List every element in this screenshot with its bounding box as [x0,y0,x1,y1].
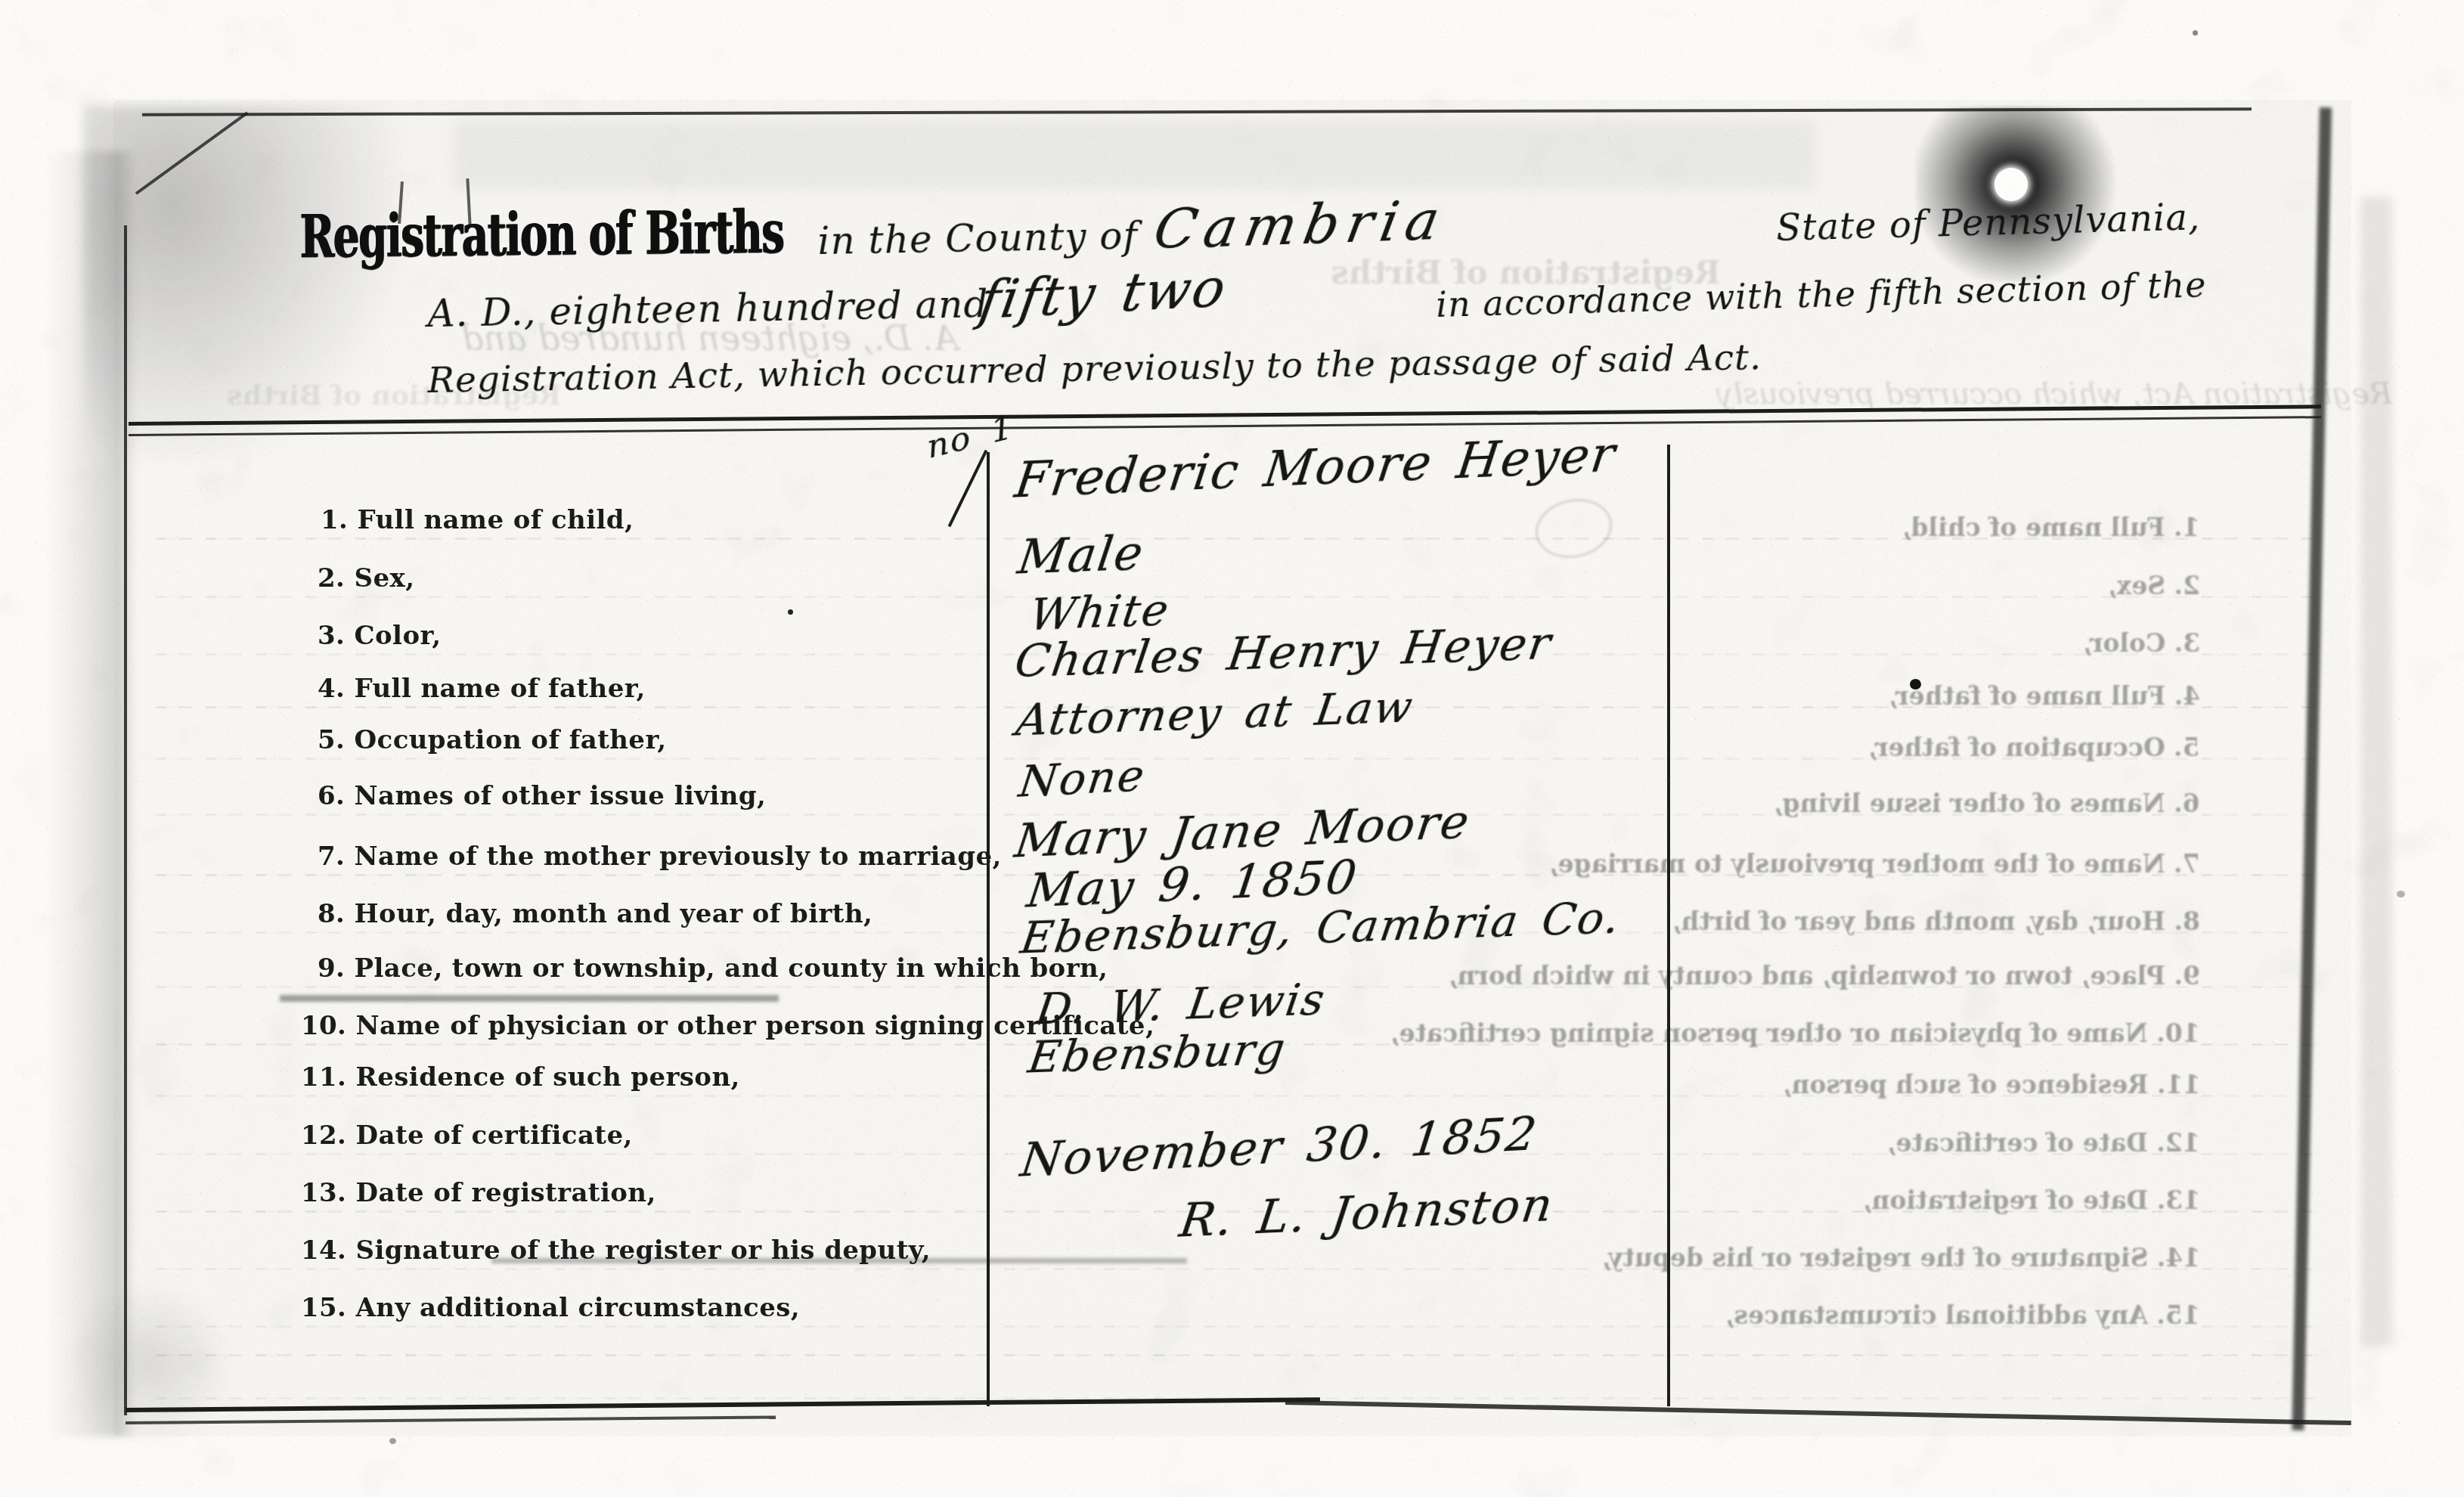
ghost-label-3: 3. Color, [2083,628,2200,658]
ghost-label-6: 6. Names of other issue living, [1774,789,2200,818]
form-label-13: 13. Date of registration, [301,1178,656,1208]
value-sex: Male [1015,525,1148,584]
form-label-11: 11. Residence of such person, [301,1062,740,1093]
ghost-label-13: 13. Date of registration, [1863,1186,2200,1215]
ghost-label-11: 11. Residence of such person, [1783,1070,2200,1099]
ghost-label-8: 8. Hour, day, month and year of birth, [1672,907,2200,936]
value-other-issue: None [1016,749,1148,807]
value-physician-residence: Ebensburg [1025,1022,1290,1083]
scanned-birth-registration-document: Registration of Births A. D., eighteen h… [0,0,2464,1497]
form-label-10: 10. Name of physician or other person si… [301,1011,1155,1041]
right-edge-streak [2360,197,2392,1346]
document-title: Registration of Births [299,198,783,271]
ghost-label-9: 9. Place, town or township, and county i… [1449,961,2200,990]
speck-2 [2397,891,2405,897]
ghost-label-4: 4. Full name of father, [1889,681,2200,711]
ghost-label-1: 1. Full name of child, [1902,513,2200,542]
form-label-15: 15. Any additional circumstances, [301,1293,800,1323]
form-label-7: 7. Name of the mother previously to marr… [318,841,1002,872]
ghost-label-12: 12. Date of certificate, [1887,1128,2200,1158]
ruling-line [156,596,2318,598]
form-label-6: 6. Names of other issue living, [318,781,766,811]
speck-1 [2193,30,2198,36]
paper-left-edge [124,225,127,1415]
column-divider-right [1667,445,1670,1406]
form-label-3: 3. Color, [318,621,442,651]
form-label-8: 8. Hour, day, month and year of birth, [318,899,872,929]
ghost-label-7: 7. Name of the mother previously to marr… [1549,849,2200,879]
ghost-label-14: 14. Signature of the register or his dep… [1602,1243,2200,1272]
form-label-14: 14. Signature of the register or his dep… [301,1235,931,1266]
ghost-label-2: 2. Sex, [2108,571,2200,600]
form-label-2: 2. Sex, [318,563,414,594]
column-divider-left [987,452,990,1406]
ghost-label-5: 5. Occupation of father, [1868,733,2200,762]
form-label-1: 1. Full name of child, [321,505,634,535]
form-label-4: 4. Full name of father, [318,674,646,704]
form-label-12: 12. Date of certificate, [301,1120,633,1151]
county-handwritten: Cambria [1149,188,1452,262]
ruling-line [156,1354,2318,1356]
ghost-label-10: 10. Name of physician or other person si… [1390,1018,2200,1048]
ghost-label-15: 15. Any additional circumstances, [1725,1300,2200,1330]
header-in-county-of: in the County of [817,214,1138,263]
form-label-9: 9. Place, town or township, and county i… [318,953,1108,984]
speck-3 [389,1438,396,1444]
form-label-5: 5. Occupation of father, [318,725,666,755]
